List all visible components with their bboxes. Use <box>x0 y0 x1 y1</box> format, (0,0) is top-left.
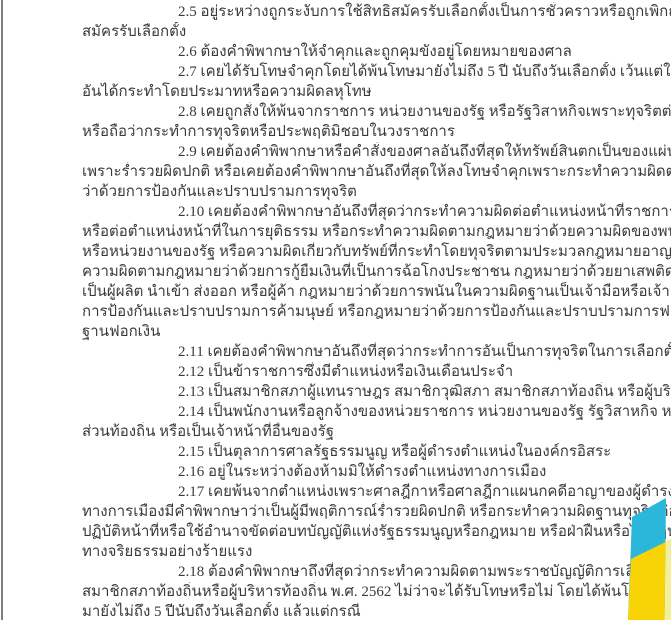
document-line: 2.18 ต้องคำพิพากษาถึงที่สุดว่ากระทำความผ… <box>0 562 671 582</box>
document-line: หรือต่อตำแหน่งหน้าที่ในการยุติธรรม หรือก… <box>0 222 671 242</box>
document-line: ปฏิบัติหน้าที่หรือใช้อำนาจขัดต่อบทบัญญัต… <box>0 522 671 542</box>
document-line: 2.6 ต้องคำพิพากษาให้จำคุกและถูกคุมขังอยู… <box>0 42 671 62</box>
document-line: 2.5 อยู่ระหว่างถูกระงับการใช้สิทธิสมัครร… <box>0 2 671 22</box>
document-line: เพราะร่ำรวยผิดปกติ หรือเคยต้องคำพิพากษาอ… <box>0 162 671 182</box>
document-line: 2.7 เคยได้รับโทษจำคุกโดยได้พ้นโทษมายังไม… <box>0 62 671 82</box>
document-line: มายังไม่ถึง 5 ปีนับถึงวันเลือกตั้ง แล้วแ… <box>0 602 671 620</box>
corner-ribbon-icon <box>625 495 671 620</box>
document-line: 2.8 เคยถูกสั่งให้พ้นจากราชการ หน่วยงานขอ… <box>0 102 671 122</box>
document-line: 2.15 เป็นตุลาการศาลรัฐธรรมนูญ หรือผู้ดำร… <box>0 442 671 462</box>
document-line: 2.17 เคยพ้นจากตำแหน่งเพราะศาลฎีกาหรือศาล… <box>0 482 671 502</box>
document-line: ความผิดตามกฎหมายว่าด้วยการกู้ยืมเงินที่เ… <box>0 262 671 282</box>
document-line: ว่าด้วยการป้องกันและปราบปรามการทุจริต <box>0 182 671 202</box>
document-line: เป็นผู้ผลิต นำเข้า ส่งออก หรือผู้ค้า กฎห… <box>0 282 671 302</box>
document-line: 2.16 อยู่ในระหว่างต้องห้ามมิให้ดำรงตำแหน… <box>0 462 671 482</box>
document-line: สมัครรับเลือกตั้ง <box>0 22 671 42</box>
document-line: ทางจริยธรรมอย่างร้ายแรง <box>0 542 671 562</box>
document-line: ทางการเมืองมีคำพิพากษาว่าเป็นผู้มีพฤติกา… <box>0 502 671 522</box>
document-line: ส่วนท้องถิ่น หรือเป็นเจ้าหน้าที่อื่นของร… <box>0 422 671 442</box>
document-line: 2.10 เคยต้องคำพิพากษาอันถึงที่สุดว่ากระท… <box>0 202 671 222</box>
document-line: หรือหน่วยงานของรัฐ หรือความผิดเกี่ยวกับท… <box>0 242 671 262</box>
document-line: 2.12 เป็นข้าราชการซึ่งมีตำแหน่งหรือเงินเ… <box>0 362 671 382</box>
document-line: 2.14 เป็นพนักงานหรือลูกจ้างของหน่วยราชกา… <box>0 402 671 422</box>
document-line: 2.11 เคยต้องคำพิพากษาอันถึงที่สุดว่ากระท… <box>0 342 671 362</box>
document-line: หรือถือว่ากระทำการทุจริตหรือประพฤติมิชอบ… <box>0 122 671 142</box>
document-line: อันได้กระทำโดยประมาทหรือความผิดลหุโทษ <box>0 82 671 102</box>
document-line: 2.9 เคยต้องคำพิพากษาหรือคำสั่งของศาลอันถ… <box>0 142 671 162</box>
document-line: ฐานฟอกเงิน <box>0 322 671 342</box>
document-line: การป้องกันและปราบปรามการค้ามนุษย์ หรือกฎ… <box>0 302 671 322</box>
document-line: 2.13 เป็นสมาชิกสภาผู้แทนราษฎร สมาชิกวุฒิ… <box>0 382 671 402</box>
document-text-block: 2.5 อยู่ระหว่างถูกระงับการใช้สิทธิสมัครร… <box>0 2 671 620</box>
document-line: สมาชิกสภาท้องถิ่นหรือผู้บริหารท้องถิ่น พ… <box>0 582 671 602</box>
